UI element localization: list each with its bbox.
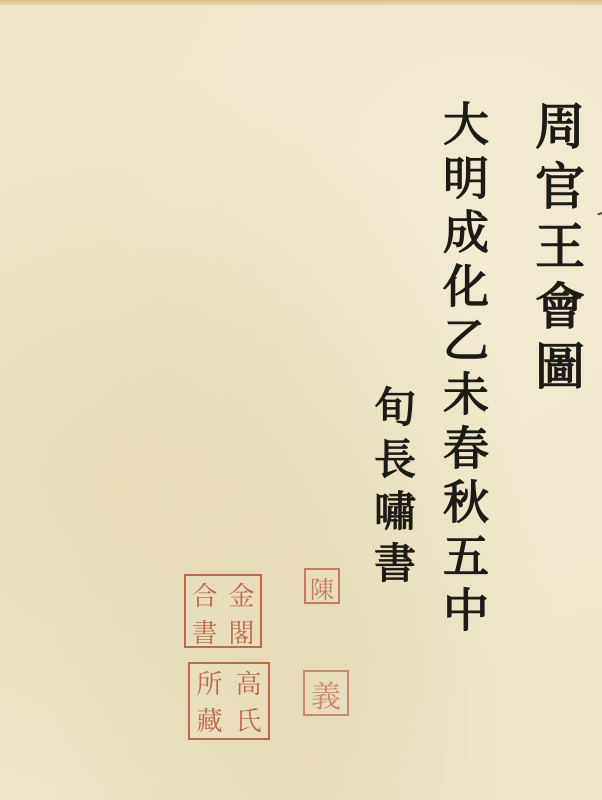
seal-char: 所: [190, 664, 229, 701]
calligraphy-signature-column: 旬長嘯書: [362, 385, 422, 593]
calligraphy-date-column: 大明成化乙未春秋五中: [430, 100, 496, 640]
seal-char: 高: [229, 664, 268, 701]
scroll-paper: [0, 0, 602, 800]
seal-char: 氏: [229, 701, 268, 738]
seal-stamp-small-upper: 陳: [304, 568, 340, 604]
seal-stamp-large-upper: 金 閣 合 書: [184, 574, 262, 648]
seal-stamp-large-lower: 高 氏 所 藏: [188, 662, 270, 740]
seal-char: 義: [305, 672, 347, 716]
seal-char: 金: [223, 576, 260, 613]
seal-stamp-small-lower: 義: [303, 670, 349, 716]
seal-char: 陳: [306, 570, 338, 605]
seal-char: 閣: [223, 613, 260, 650]
seal-char: 藏: [190, 701, 229, 738]
calligraphy-title-column: 周官王會圖: [520, 100, 592, 400]
scroll-top-edge: [0, 0, 602, 5]
seal-char: 合: [186, 576, 223, 613]
seal-char: 書: [186, 613, 223, 650]
